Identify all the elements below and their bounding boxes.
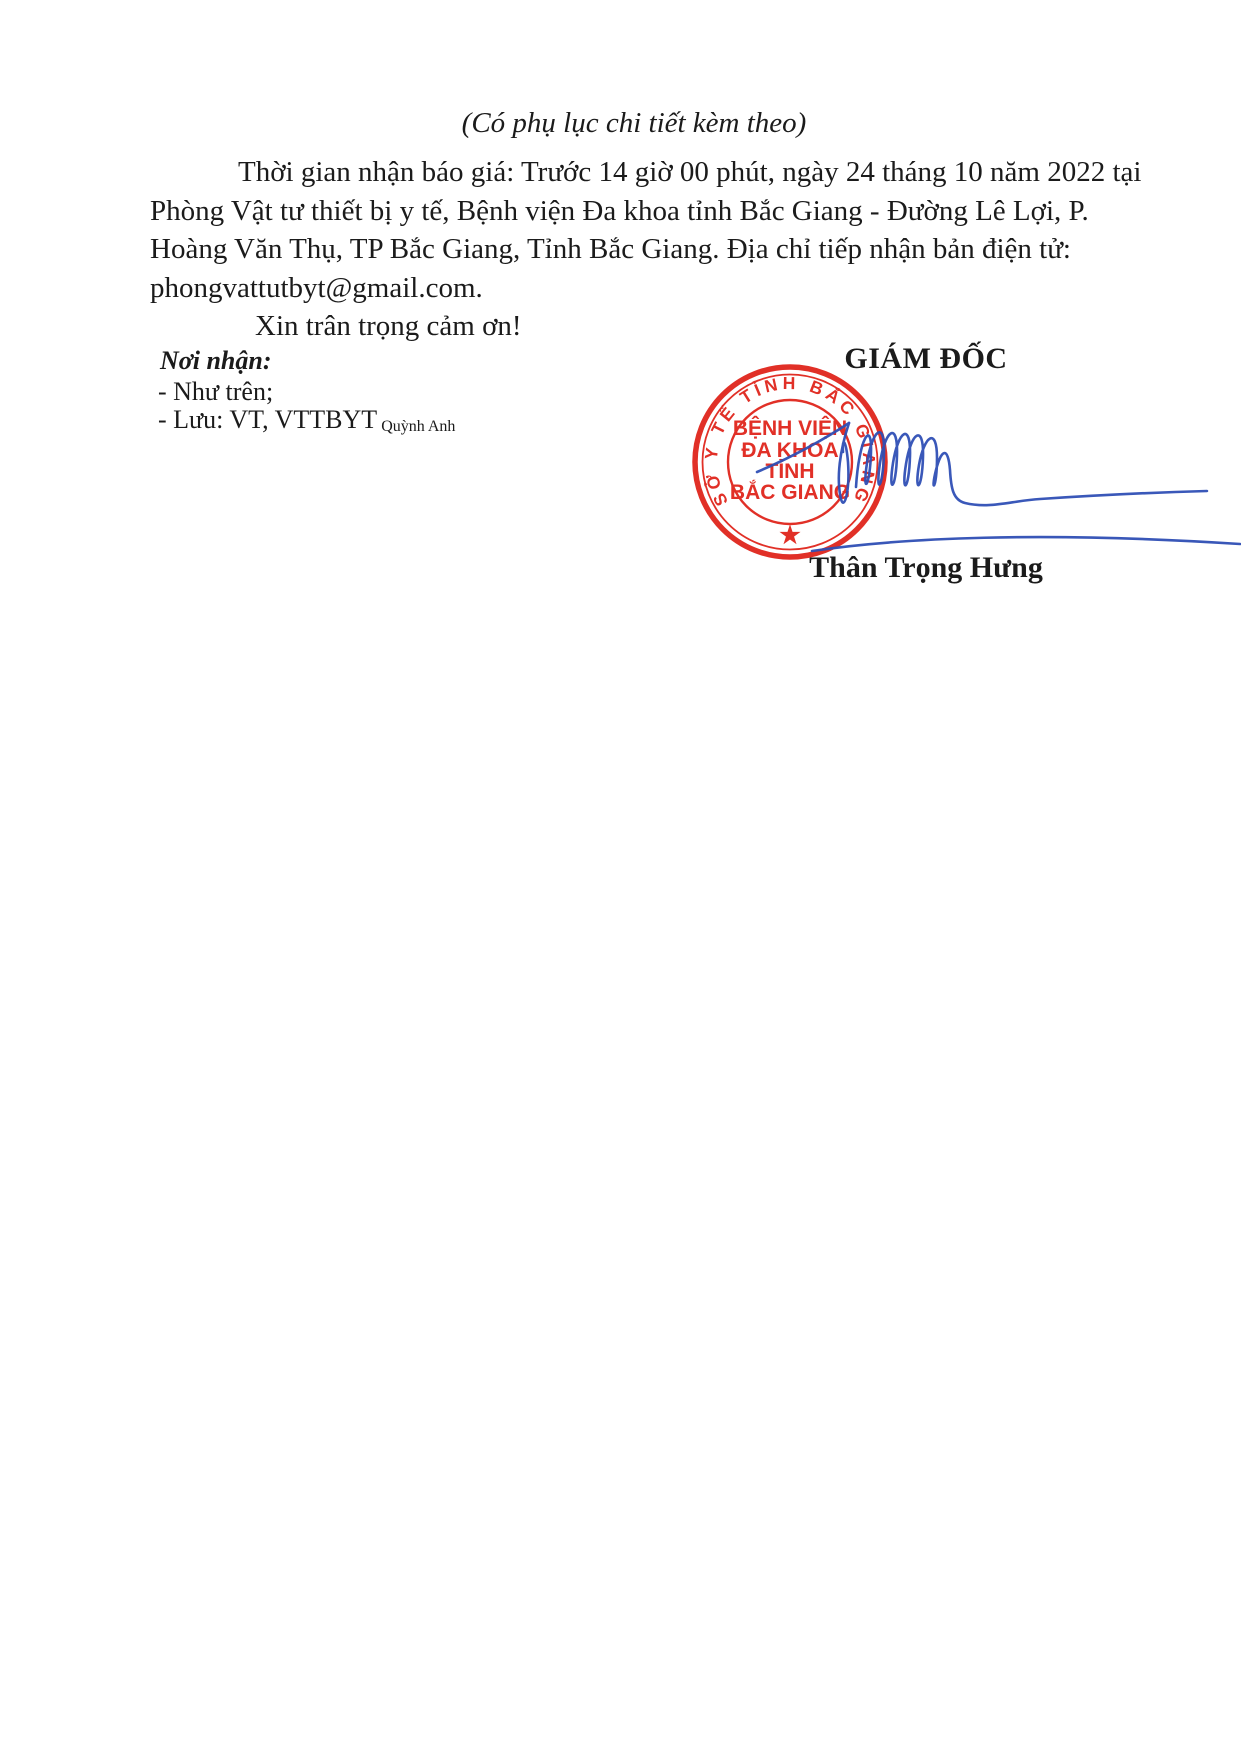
document-page: (Có phụ lục chi tiết kèm theo) Thời gian…: [0, 0, 1241, 1755]
seal-center-line: ĐA KHOA: [741, 439, 838, 462]
signature-loops-stroke: [856, 432, 1207, 505]
signature-underline-stroke: [812, 537, 1240, 551]
stamp-and-signature-overlay: SỞ Y TẾ TỈNH BẮC GIANG BỆNH VIỆN ĐA KHOA…: [0, 0, 1241, 1755]
seal-center-line: TỈNH: [766, 460, 815, 483]
seal-center-line: BẮC GIANG: [730, 480, 850, 504]
seal-star-icon: ★: [779, 522, 801, 549]
official-seal-stamp: SỞ Y TẾ TỈNH BẮC GIANG BỆNH VIỆN ĐA KHOA…: [695, 367, 885, 557]
